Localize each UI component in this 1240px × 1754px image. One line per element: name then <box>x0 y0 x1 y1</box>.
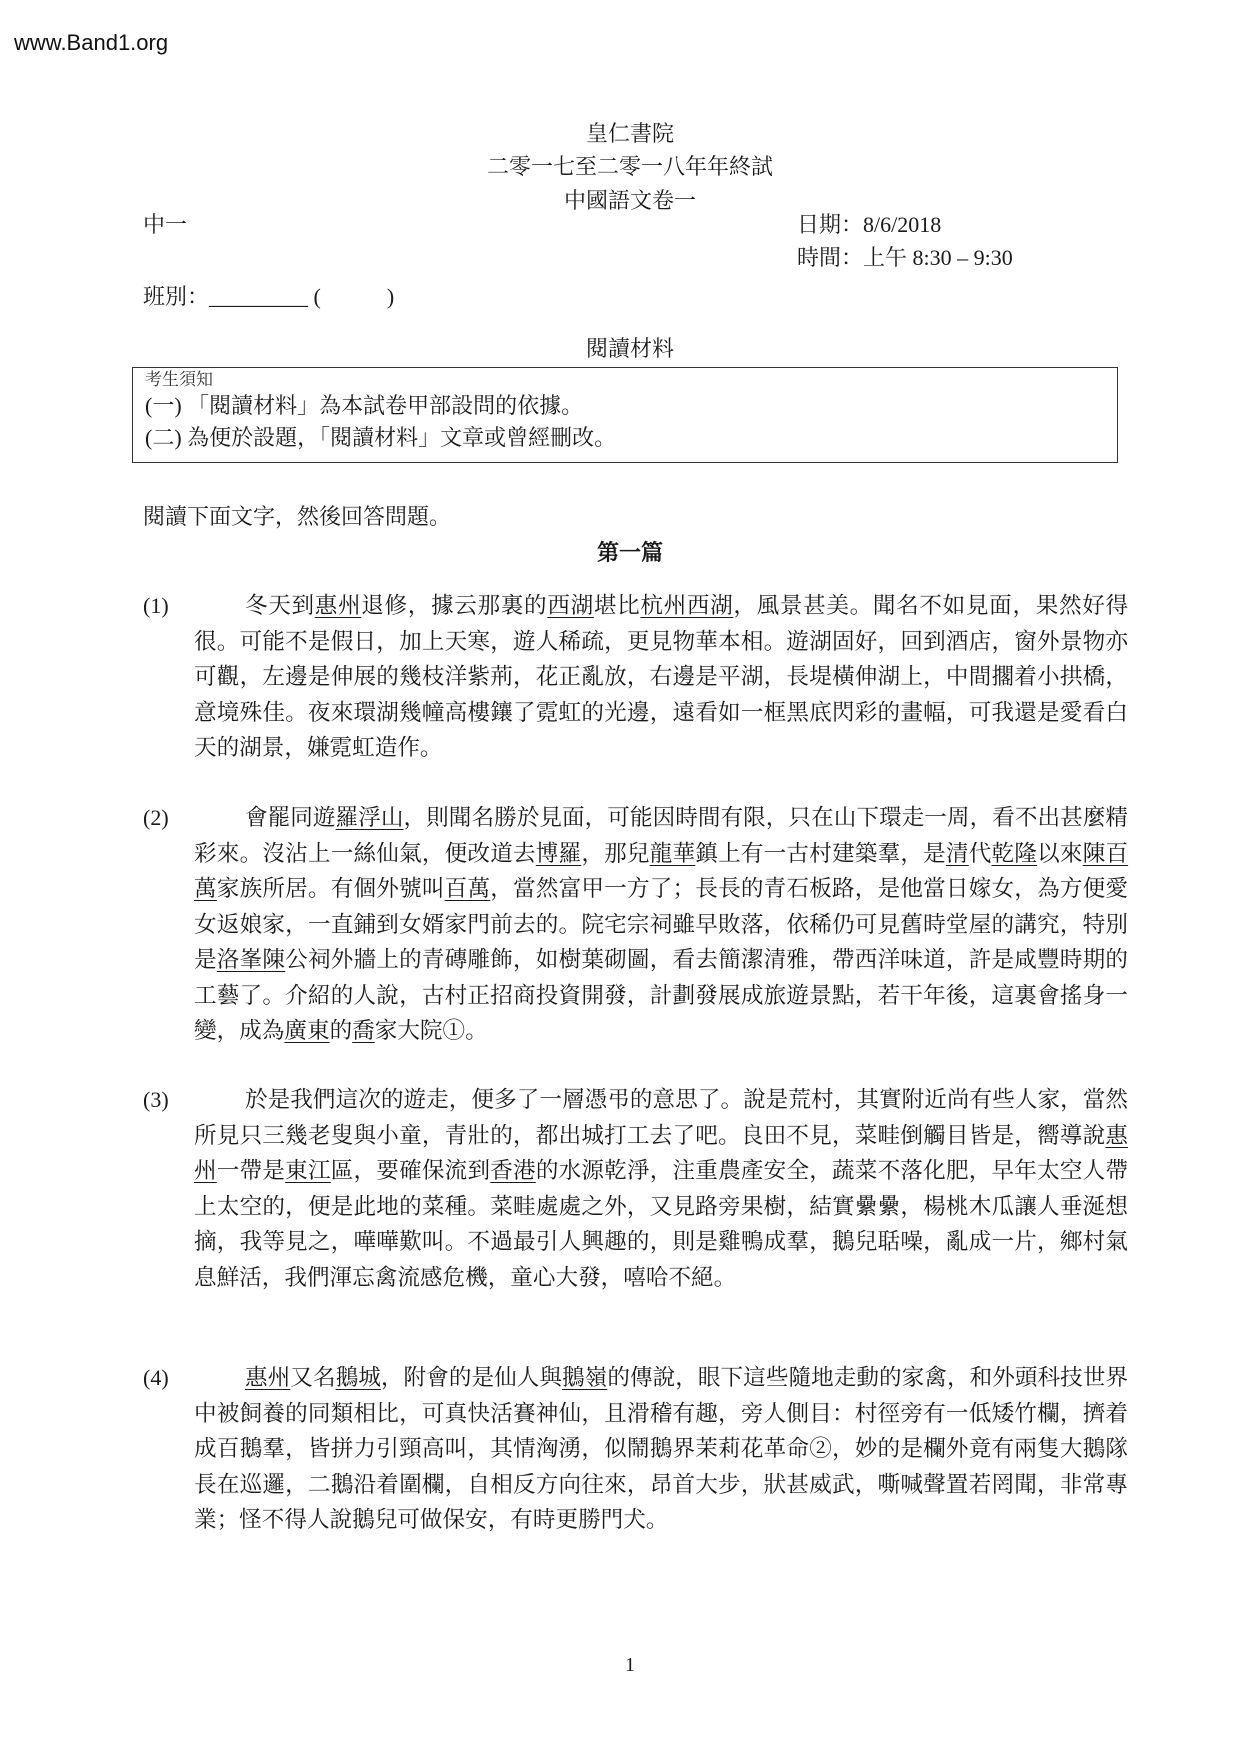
date-row: 日期：8/6/2018 <box>797 208 941 239</box>
text-run: 堪比 <box>594 593 641 618</box>
text-run: ，附會的是仙人與 <box>381 1365 562 1390</box>
paragraph-number: (4) <box>143 1360 193 1396</box>
date-value: 8/6/2018 <box>863 212 941 237</box>
proper-noun: 清 <box>946 841 969 866</box>
reading-instruction: 閱讀下面文字，然後回答問題。 <box>143 500 451 531</box>
text-run: 冬天到 <box>245 593 315 618</box>
paragraph-number: (1) <box>143 588 193 624</box>
time-label: 時間： <box>797 245 863 270</box>
proper-noun: 杭州西湖 <box>640 593 733 618</box>
text-run: 的 <box>330 1018 353 1043</box>
class-row: 班別：_________ ( ) <box>143 280 394 311</box>
text-run: 退修，據云那裏的 <box>361 593 547 618</box>
date-label: 日期： <box>797 212 863 237</box>
paragraph-1: (1) 冬天到惠州退修，據云那裏的西湖堪比杭州西湖，風景甚美。聞名不如見面，果然… <box>143 588 1128 766</box>
paragraph-body: 惠州又名鵝城，附會的是仙人與鵝嶺的傳說，眼下這些隨地走動的家禽，和外頭科技世界中… <box>194 1360 1128 1538</box>
text-run: 會罷同遊 <box>245 805 336 830</box>
text-run: 鎮上有一古村建築羣，是 <box>695 841 946 866</box>
text-run: 的傳說，眼下這些隨地走動的家禽，和外頭科技世界中被飼養的同類相比，可真快活賽神仙… <box>194 1365 1128 1532</box>
proper-noun: 乾隆 <box>992 841 1038 866</box>
proper-noun: 惠州 <box>315 593 362 618</box>
notice-item: (二) 為便於設題，「閱讀材料」文章或曾經刪改。 <box>145 422 1107 454</box>
proper-noun: 羅浮山 <box>336 805 404 830</box>
paragraph-number: (3) <box>143 1082 193 1118</box>
text-run: 代 <box>969 841 992 866</box>
class-label: 班別： <box>143 284 209 309</box>
text-run: ，風景甚美。聞名不如見面，果然好得很。可能不是假日，加上天寒，遊人稀疏，更見物華… <box>194 593 1128 760</box>
proper-noun: 廣東 <box>284 1018 329 1043</box>
paragraph-body: 於是我們這次的遊走，便多了一層憑弔的意思了。說是荒村，其實附近尚有些人家，當然所… <box>194 1082 1128 1295</box>
proper-noun: 惠州 <box>245 1365 290 1390</box>
candidate-notice-box: 考生須知 (一) 「閱讀材料」為本試卷甲部設問的依據。 (二) 為便於設題，「閱… <box>132 367 1118 463</box>
paragraph-3: (3) 於是我們這次的遊走，便多了一層憑弔的意思了。說是荒村，其實附近尚有些人家… <box>143 1082 1128 1295</box>
proper-noun: 鵝嶺 <box>562 1365 607 1390</box>
proper-noun: 西湖 <box>547 593 594 618</box>
form-level: 中一 <box>143 208 187 239</box>
proper-noun: 龍華 <box>650 841 696 866</box>
text-run: 一帶是 <box>217 1158 285 1183</box>
text-run: 家族所居。有個外號叫 <box>217 876 445 901</box>
text-run: 於是我們這次的遊走，便多了一層憑弔的意思了。說是荒村，其實附近尚有些人家，當然所… <box>194 1087 1128 1148</box>
proper-noun: 喬 <box>352 1018 375 1043</box>
watermark-link[interactable]: www.Band1.org <box>14 30 168 56</box>
page-number: 1 <box>0 1654 1240 1677</box>
paragraph-body: 會罷同遊羅浮山，則聞名勝於見面，可能因時間有限，只在山下環走一周，看不出甚麼精彩… <box>194 800 1128 1049</box>
school-name: 皇仁書院 <box>0 117 1240 148</box>
exam-title: 二零一七至二零一八年年終試 <box>0 150 1240 181</box>
notice-item: (一) 「閱讀材料」為本試卷甲部設問的依據。 <box>145 390 1107 422</box>
proper-noun: 香港 <box>490 1158 536 1183</box>
class-blank-field[interactable]: _________ <box>209 284 308 309</box>
text-run: 以來 <box>1037 841 1083 866</box>
text-run: 區，要確保流到 <box>331 1158 491 1183</box>
proper-noun: 博羅 <box>536 841 582 866</box>
material-title: 閱讀材料 <box>0 332 1240 363</box>
text-run: ，那兒 <box>581 841 649 866</box>
time-value: 上午 8:30 – 9:30 <box>863 245 1013 270</box>
proper-noun: 洛峯陳 <box>217 947 285 972</box>
proper-noun: 東江 <box>285 1158 331 1183</box>
section-title: 第一篇 <box>0 536 1240 567</box>
paragraph-4: (4) 惠州又名鵝城，附會的是仙人與鵝嶺的傳說，眼下這些隨地走動的家禽，和外頭科… <box>143 1360 1128 1538</box>
proper-noun: 鵝城 <box>336 1365 381 1390</box>
text-run: 家大院①。 <box>375 1018 488 1043</box>
paragraph-number: (2) <box>143 800 193 836</box>
class-number-field[interactable]: ( ) <box>314 284 395 309</box>
paragraph-body: 冬天到惠州退修，據云那裏的西湖堪比杭州西湖，風景甚美。聞名不如見面，果然好得很。… <box>194 588 1128 766</box>
paragraph-2: (2) 會罷同遊羅浮山，則聞名勝於見面，可能因時間有限，只在山下環走一周，看不出… <box>143 800 1128 1049</box>
notice-title: 考生須知 <box>145 370 1107 390</box>
text-run: 又名 <box>290 1365 335 1390</box>
time-row: 時間：上午 8:30 – 9:30 <box>797 241 1013 272</box>
proper-noun: 百萬 <box>445 876 491 901</box>
